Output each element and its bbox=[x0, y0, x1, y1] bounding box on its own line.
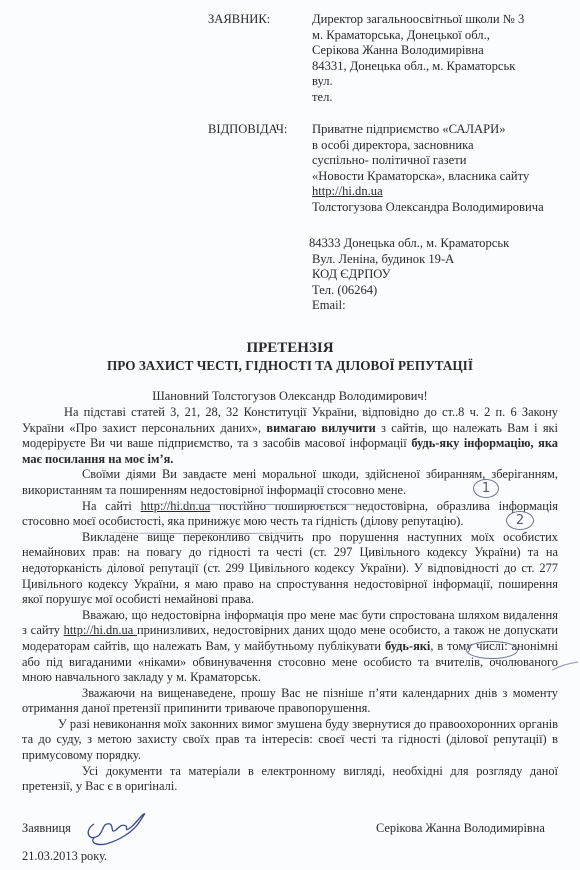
respondent-line: Приватне підприємство «САЛАРИ» bbox=[312, 122, 544, 138]
respondent-line: «Новости Краматорска», власника сайту bbox=[312, 169, 544, 185]
respondent-line: суспільно- політичної газети bbox=[312, 153, 544, 169]
respondent-address-line: Email: bbox=[309, 298, 509, 314]
respondent-address-line: 84333 Донецька обл., м. Краматорськ bbox=[309, 236, 509, 252]
paragraph-7: У разі невиконання моїх законних вимог з… bbox=[22, 717, 558, 764]
respondent-label: ВІДПОВІДАЧ: bbox=[208, 122, 287, 138]
applicant-line: тел. bbox=[312, 90, 524, 106]
handwritten-circle bbox=[466, 641, 518, 659]
handwritten-mark-1: 1 bbox=[473, 479, 499, 498]
handwritten-arrow-icon bbox=[550, 660, 580, 674]
handwritten-underline bbox=[150, 500, 410, 505]
paragraph-8: Усі документи та матеріали в електронном… bbox=[22, 764, 558, 795]
applicant-line: 84331, Донецька обл., м. Краматорськ bbox=[312, 59, 524, 75]
paragraph-1: На підставі статей 3, 21, 28, 32 Констит… bbox=[22, 405, 558, 467]
document-body: На підставі статей 3, 21, 28, 32 Констит… bbox=[22, 405, 558, 795]
respondent-address-line: КОД ЄДРПОУ bbox=[309, 267, 509, 283]
applicant-line: м. Краматорська, Донецької обл., bbox=[312, 28, 524, 44]
handwritten-mark-2: 2 bbox=[506, 511, 534, 530]
applicant-label: ЗАЯВНИК: bbox=[208, 12, 270, 28]
any-emphasis: будь-які bbox=[385, 639, 430, 653]
signer-name: Серікова Жанна Володимирівна bbox=[376, 821, 545, 837]
respondent-site-link[interactable]: http://hi.dn.ua bbox=[312, 184, 544, 200]
salutation: Шановний Толстогузов Олександр Володимир… bbox=[0, 389, 580, 405]
respondent-address-line: Вул. Леніна, будинок 19-А bbox=[309, 252, 509, 268]
applicant-line: Директор загальноосвітньої школи № 3 bbox=[312, 12, 524, 28]
paragraph-6: Зважаючи на вищенаведене, прошу Вас не п… bbox=[22, 686, 558, 717]
document-date: 21.03.2013 року. bbox=[22, 849, 107, 865]
paragraph-4: Викладене вище переконливо свідчить про … bbox=[22, 530, 558, 608]
respondent-line: в особі директора, засновника bbox=[312, 138, 544, 154]
handwritten-underline bbox=[110, 529, 300, 534]
site-link[interactable]: http://hi.dn.ua bbox=[64, 623, 137, 637]
demand-emphasis: вимагаю вилучити bbox=[266, 421, 375, 435]
applicant-line: вул. bbox=[312, 74, 524, 90]
respondent-address-line: Тел. (06264) bbox=[309, 283, 509, 299]
document-subtitle: ПРО ЗАХИСТ ЧЕСТІ, ГІДНОСТІ ТА ДІЛОВОЇ РЕ… bbox=[0, 358, 580, 374]
respondent-name: Толстогузова Олександра Володимировича bbox=[312, 200, 544, 216]
signer-label: Заявниця bbox=[22, 821, 71, 837]
document-title: ПРЕТЕНЗІЯ bbox=[0, 341, 580, 357]
applicant-details: Директор загальноосвітньої школи № 3 м. … bbox=[312, 12, 524, 106]
applicant-line: Серікова Жанна Володимирівна bbox=[312, 43, 524, 59]
respondent-address: 84333 Донецька обл., м. Краматорськ Вул.… bbox=[309, 236, 509, 314]
respondent-details: Приватне підприємство «САЛАРИ» в особі д… bbox=[312, 122, 544, 216]
signature-icon bbox=[80, 810, 148, 848]
